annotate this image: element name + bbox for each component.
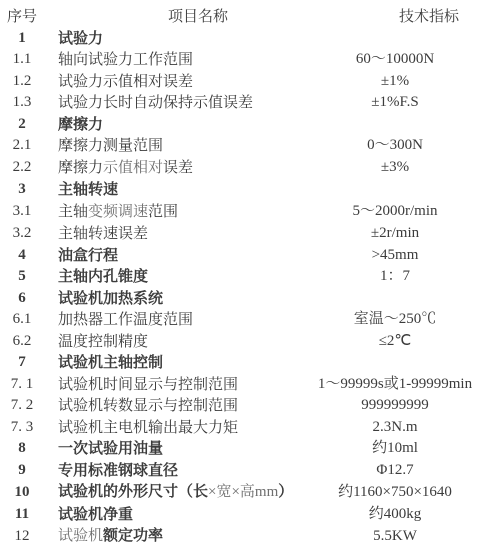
row-spec-value: 约1160×750×1640 (290, 481, 500, 504)
table-row: 9专用标准钢球直径Φ12.7 (0, 460, 500, 482)
row-spec-value: ≤2℃ (290, 331, 500, 353)
row-item-name: 主轴转速误差 (44, 223, 290, 245)
row-spec-value: 1：7 (290, 266, 500, 288)
table-row: 7试验机主轴控制 (0, 352, 500, 374)
row-spec-value: 5～2000r/min (290, 201, 500, 224)
row-spec-value: ±1% (290, 71, 500, 93)
item-name-part: 主轴内孔锥度 (58, 268, 148, 285)
row-item-name: 试验机主轴控制 (44, 352, 290, 374)
row-item-name: 试验机时间显示与控制范围 (44, 374, 290, 396)
table-row: 1.2试验力示值相对误差±1% (0, 71, 500, 93)
item-name-part: 主轴转速 (58, 181, 118, 198)
row-serial-number: 12 (0, 525, 44, 548)
spec-table: 序号 项目名称 技术指标 1试验力1.1轴向试验力工作范围60～10000N1.… (0, 6, 500, 548)
item-name-part: 额定功率 (103, 527, 163, 544)
row-serial-number: 9 (0, 460, 44, 482)
row-serial-number: 6.2 (0, 331, 44, 353)
row-serial-number: 7 (0, 352, 44, 374)
spec-table-header: 序号 项目名称 技术指标 (0, 6, 500, 28)
item-name-part: ） (278, 483, 290, 500)
row-serial-number: 1.2 (0, 71, 44, 93)
row-item-name: 试验机净重 (44, 504, 290, 526)
row-item-name: 主轴转速 (44, 179, 290, 201)
item-name-part: 摩擦力 (58, 159, 103, 176)
row-spec-value (290, 28, 500, 50)
row-spec-value: Φ12.7 (290, 460, 500, 482)
row-item-name: 试验力长时自动保持示值误差 (44, 92, 290, 114)
item-name-part: 试验机加热系统 (58, 290, 163, 307)
column-header-item-name: 项目名称 (44, 6, 290, 28)
table-row: 3.1主轴变频调速范围5～2000r/min (0, 201, 500, 224)
table-row: 3.2主轴转速误差±2r/min (0, 223, 500, 245)
item-name-part: 摩擦力测量范围 (58, 137, 163, 154)
item-name-part: 主轴转速误差 (58, 225, 148, 242)
table-row: 7. 2试验机转数显示与控制范围999999999 (0, 395, 500, 417)
table-row: 1.1轴向试验力工作范围60～10000N (0, 49, 500, 71)
table-row: 12试验机额定功率5.5KW (0, 525, 500, 548)
item-name-part: 温度控制精度 (58, 333, 148, 350)
table-row: 4油盒行程>45mm (0, 245, 500, 267)
table-row: 6.1加热器工作温度范围室温～250℃ (0, 309, 500, 331)
item-name-part: ×宽×高mm (208, 484, 278, 500)
row-serial-number: 2 (0, 114, 44, 136)
row-serial-number: 3.2 (0, 223, 44, 245)
row-serial-number: 11 (0, 504, 44, 526)
row-spec-value (290, 114, 500, 136)
item-name-part: 专用标准钢球直径 (58, 462, 178, 479)
row-spec-value: 室温～250℃ (290, 309, 500, 331)
row-spec-value: 0～300N (290, 135, 500, 157)
row-spec-value: 约400kg (290, 504, 500, 526)
row-serial-number: 6 (0, 288, 44, 310)
row-spec-value (290, 179, 500, 201)
row-item-name: 一次试验用油量 (44, 438, 290, 460)
item-name-part: 试验力示值相对误差 (58, 73, 193, 90)
row-spec-value: ±2r/min (290, 223, 500, 245)
row-serial-number: 5 (0, 266, 44, 288)
item-name-part: 试验机 (58, 528, 103, 544)
row-spec-value: ±1%F.S (290, 92, 500, 114)
row-item-name: 摩擦力测量范围 (44, 135, 290, 157)
item-name-part: 变频调速 (88, 204, 148, 220)
row-serial-number: 1.1 (0, 49, 44, 71)
row-serial-number: 10 (0, 481, 44, 504)
item-name-part: 主轴 (58, 203, 88, 220)
row-spec-value: 约10ml (290, 438, 500, 460)
table-row: 10试验机的外形尺寸（长×宽×高mm）约1160×750×1640 (0, 481, 500, 504)
item-name-part: 加热器工作温度范围 (58, 311, 193, 328)
row-item-name: 试验机加热系统 (44, 288, 290, 310)
table-row: 7. 1试验机时间显示与控制范围1～99999s或1-99999min (0, 374, 500, 396)
row-spec-value: 5.5KW (290, 525, 500, 548)
item-name-part: 油盒行程 (58, 247, 118, 264)
table-row: 1试验力 (0, 28, 500, 50)
row-item-name: 试验力 (44, 28, 290, 50)
row-item-name: 试验机转数显示与控制范围 (44, 395, 290, 417)
row-item-name: 试验机主电机输出最大力矩 (44, 417, 290, 439)
row-spec-value (290, 352, 500, 374)
table-row: 5主轴内孔锥度1：7 (0, 266, 500, 288)
row-spec-value: 60～10000N (290, 49, 500, 71)
row-serial-number: 1 (0, 28, 44, 50)
row-serial-number: 2.1 (0, 135, 44, 157)
row-serial-number: 3 (0, 179, 44, 201)
header-row: 序号 项目名称 技术指标 (0, 6, 500, 28)
column-header-serial: 序号 (0, 6, 44, 28)
item-name-part: 试验机转数显示与控制范围 (58, 397, 238, 414)
row-spec-value: ±3% (290, 157, 500, 180)
row-item-name: 摩擦力示值相对误差 (44, 157, 290, 180)
row-serial-number: 7. 3 (0, 417, 44, 439)
table-row: 11试验机净重约400kg (0, 504, 500, 526)
row-serial-number: 3.1 (0, 201, 44, 224)
row-item-name: 主轴内孔锥度 (44, 266, 290, 288)
row-item-name: 轴向试验力工作范围 (44, 49, 290, 71)
row-serial-number: 2.2 (0, 157, 44, 180)
row-serial-number: 7. 2 (0, 395, 44, 417)
row-spec-value: 999999999 (290, 395, 500, 417)
table-row: 1.3试验力长时自动保持示值误差±1%F.S (0, 92, 500, 114)
spec-table-body: 1试验力1.1轴向试验力工作范围60～10000N1.2试验力示值相对误差±1%… (0, 28, 500, 548)
item-name-part: 试验机的外形尺寸（长 (58, 483, 208, 500)
table-row: 2.1摩擦力测量范围0～300N (0, 135, 500, 157)
item-name-part: 轴向试验力工作范围 (58, 51, 193, 68)
table-row: 8一次试验用油量约10ml (0, 438, 500, 460)
row-spec-value: 2.3N.m (290, 417, 500, 439)
row-item-name: 加热器工作温度范围 (44, 309, 290, 331)
item-name-part: 试验机净重 (58, 506, 133, 523)
item-name-part: 误差 (163, 159, 193, 176)
row-item-name: 专用标准钢球直径 (44, 460, 290, 482)
row-item-name: 试验力示值相对误差 (44, 71, 290, 93)
item-name-part: 摩擦力 (58, 116, 103, 133)
row-serial-number: 6.1 (0, 309, 44, 331)
row-item-name: 摩擦力 (44, 114, 290, 136)
table-row: 3主轴转速 (0, 179, 500, 201)
row-item-name: 油盒行程 (44, 245, 290, 267)
table-row: 6试验机加热系统 (0, 288, 500, 310)
item-name-part: 范围 (148, 203, 178, 220)
table-row: 2.2摩擦力示值相对误差±3% (0, 157, 500, 180)
row-item-name: 主轴变频调速范围 (44, 201, 290, 224)
column-header-tech-spec: 技术指标 (290, 6, 500, 28)
row-spec-value: >45mm (290, 245, 500, 267)
row-spec-value (290, 288, 500, 310)
item-name-part: 一次试验用油量 (58, 440, 163, 457)
item-name-part: 试验机时间显示与控制范围 (58, 376, 238, 393)
item-name-part: 试验机主轴控制 (58, 354, 163, 371)
table-row: 6.2温度控制精度≤2℃ (0, 331, 500, 353)
table-row: 7. 3试验机主电机输出最大力矩2.3N.m (0, 417, 500, 439)
item-name-part: 试验力 (58, 30, 103, 47)
row-spec-value: 1～99999s或1-99999min (290, 374, 500, 396)
table-row: 2摩擦力 (0, 114, 500, 136)
row-serial-number: 1.3 (0, 92, 44, 114)
item-name-part: 试验力长时自动保持示值误差 (58, 94, 253, 111)
item-name-part: 试验机主电机输出最大力矩 (58, 419, 238, 436)
row-item-name: 试验机的外形尺寸（长×宽×高mm） (44, 481, 290, 504)
row-serial-number: 8 (0, 438, 44, 460)
row-serial-number: 4 (0, 245, 44, 267)
row-serial-number: 7. 1 (0, 374, 44, 396)
row-item-name: 试验机额定功率 (44, 525, 290, 548)
row-item-name: 温度控制精度 (44, 331, 290, 353)
item-name-part: 示值相对 (103, 160, 163, 176)
